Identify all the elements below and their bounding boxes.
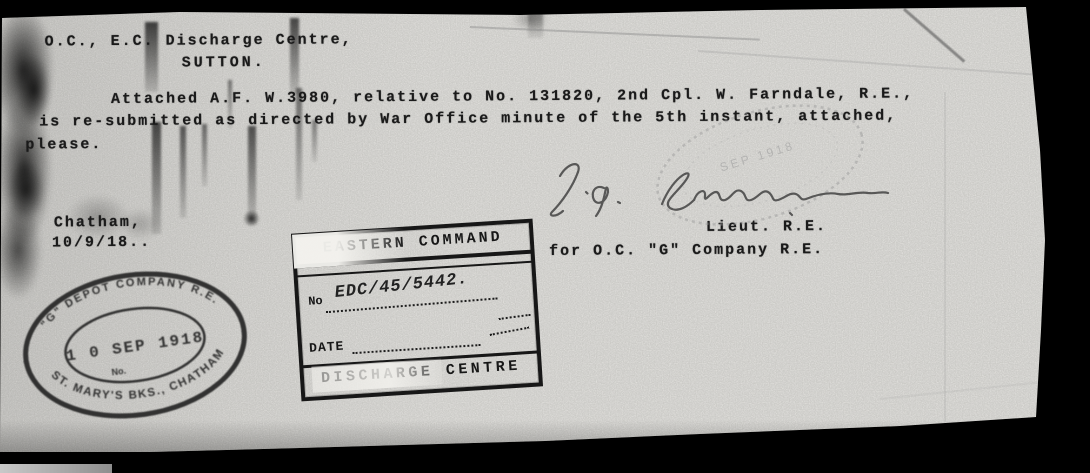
signature-script: J. G. Schneider. bbox=[538, 158, 918, 233]
stamp-number-label: No bbox=[308, 294, 323, 309]
stamp-dotted-line bbox=[499, 314, 531, 320]
stamp-fade bbox=[292, 228, 406, 269]
stamp-number-handwritten: EDC/45/5442. bbox=[334, 270, 470, 303]
eastern-command-stamp: EASTERN COMMAND No EDC/45/5442. DATE DIS… bbox=[291, 219, 543, 402]
date-line: 10/9/18.. bbox=[52, 234, 151, 252]
recipient-town: SUTTON. bbox=[182, 54, 266, 72]
stamp-dotted-line bbox=[353, 344, 481, 354]
place-line: Chatham, bbox=[54, 214, 142, 232]
stamp-dotted-line bbox=[490, 327, 530, 336]
signature-for: for O.C. "G" Company R.E. bbox=[549, 241, 824, 260]
stamp-date-label: DATE bbox=[309, 339, 345, 356]
depot-company-oval-stamp: "G" DEPOT COMPANY R.E. ST. MARY'S BKS., … bbox=[10, 260, 260, 430]
recipient-line: O.C., E.C. Discharge Centre, bbox=[45, 31, 353, 50]
depot-stamp-date: 1 0 SEP 1918 bbox=[65, 328, 205, 365]
body-line-3: please. bbox=[25, 136, 102, 154]
depot-stamp-number-label: No. bbox=[111, 366, 127, 378]
scanned-document: O.C., E.C. Discharge Centre, SUTTON. Att… bbox=[0, 0, 1090, 473]
scanner-edge-strip bbox=[0, 464, 112, 473]
signature-name: J. G. Schneider. bbox=[538, 158, 692, 163]
paper-sheet: O.C., E.C. Discharge Centre, SUTTON. Att… bbox=[0, 0, 1090, 473]
